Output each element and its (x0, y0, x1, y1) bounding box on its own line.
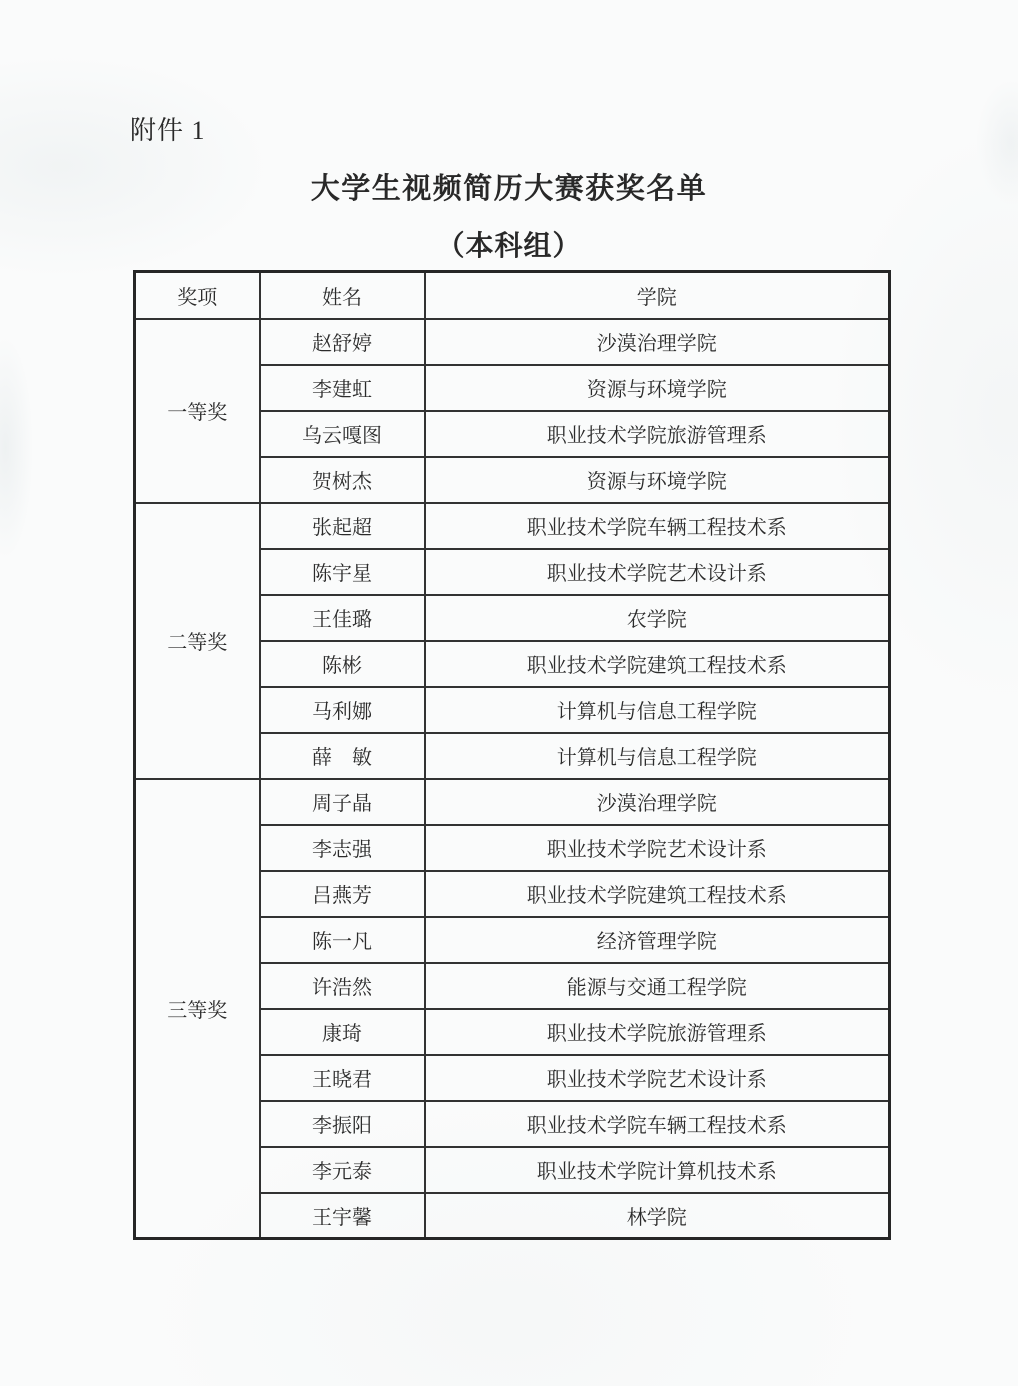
college-cell: 职业技术学院车辆工程技术系 (425, 503, 890, 549)
college-cell: 资源与环境学院 (425, 365, 890, 411)
name-cell: 王晓君 (260, 1055, 425, 1101)
college-cell: 职业技术学院艺术设计系 (425, 549, 890, 595)
college-cell: 职业技术学院艺术设计系 (425, 1055, 890, 1101)
name-cell: 许浩然 (260, 963, 425, 1009)
attachment-label: 附件 1 (130, 110, 206, 147)
name-cell: 康琦 (260, 1009, 425, 1055)
name-cell: 张起超 (260, 503, 425, 549)
college-cell: 职业技术学院车辆工程技术系 (425, 1101, 890, 1147)
college-cell: 计算机与信息工程学院 (425, 733, 890, 779)
column-header: 奖项 (135, 272, 260, 319)
award-cell: 三等奖 (135, 779, 260, 1239)
name-cell: 李建虹 (260, 365, 425, 411)
college-cell: 职业技术学院计算机技术系 (425, 1147, 890, 1193)
column-header: 姓名 (260, 272, 425, 319)
name-cell: 陈彬 (260, 641, 425, 687)
name-cell: 吕燕芳 (260, 871, 425, 917)
name-cell: 李振阳 (260, 1101, 425, 1147)
scan-smudge-left (0, 320, 54, 640)
college-cell: 沙漠治理学院 (425, 779, 890, 825)
name-cell: 李元泰 (260, 1147, 425, 1193)
college-cell: 职业技术学院建筑工程技术系 (425, 641, 890, 687)
college-cell: 沙漠治理学院 (425, 319, 890, 365)
award-table: 奖项姓名学院 一等奖赵舒婷沙漠治理学院李建虹资源与环境学院乌云嘎图职业技术学院旅… (133, 270, 891, 1240)
name-cell: 周子晶 (260, 779, 425, 825)
document-page: { "page": { "attachment_label": "附件 1", … (0, 0, 1018, 1386)
name-cell: 贺树杰 (260, 457, 425, 503)
name-cell: 陈宇星 (260, 549, 425, 595)
award-cell: 二等奖 (135, 503, 260, 779)
name-cell: 李志强 (260, 825, 425, 871)
award-cell: 一等奖 (135, 319, 260, 503)
college-cell: 职业技术学院旅游管理系 (425, 411, 890, 457)
column-header: 学院 (425, 272, 890, 319)
header-row: 奖项姓名学院 (135, 272, 890, 319)
scan-smudge-right (948, 70, 1018, 250)
college-cell: 林学院 (425, 1193, 890, 1239)
name-cell: 王佳璐 (260, 595, 425, 641)
name-cell: 赵舒婷 (260, 319, 425, 365)
college-cell: 职业技术学院建筑工程技术系 (425, 871, 890, 917)
college-cell: 计算机与信息工程学院 (425, 687, 890, 733)
college-cell: 农学院 (425, 595, 890, 641)
name-cell: 乌云嘎图 (260, 411, 425, 457)
name-cell: 马利娜 (260, 687, 425, 733)
college-cell: 能源与交通工程学院 (425, 963, 890, 1009)
document-title: 大学生视频简历大赛获奖名单 (0, 166, 1018, 207)
table-row: 二等奖张起超职业技术学院车辆工程技术系 (135, 503, 890, 549)
college-cell: 经济管理学院 (425, 917, 890, 963)
name-cell: 陈一凡 (260, 917, 425, 963)
college-cell: 职业技术学院旅游管理系 (425, 1009, 890, 1055)
college-cell: 资源与环境学院 (425, 457, 890, 503)
name-cell: 王宇馨 (260, 1193, 425, 1239)
document-subtitle: （本科组） (0, 224, 1018, 264)
college-cell: 职业技术学院艺术设计系 (425, 825, 890, 871)
table-row: 一等奖赵舒婷沙漠治理学院 (135, 319, 890, 365)
table-row: 三等奖周子晶沙漠治理学院 (135, 779, 890, 825)
name-cell: 薛 敏 (260, 733, 425, 779)
